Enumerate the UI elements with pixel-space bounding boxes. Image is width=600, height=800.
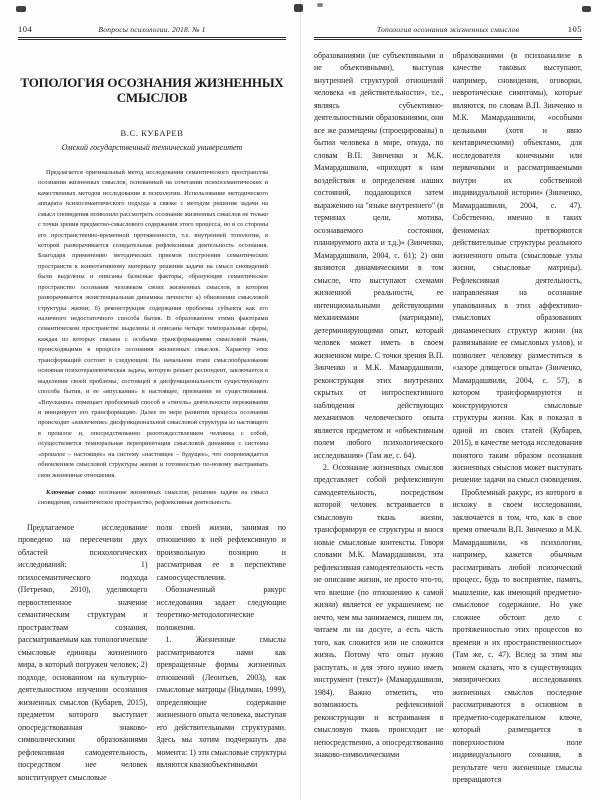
right-page-column-2: образованиями (в психоанализе в качестве… [453, 50, 583, 787]
page-left: 104 Вопросы психологии. 2018. № 1 ТОПОЛО… [0, 0, 300, 800]
page-number-right: 105 [548, 24, 582, 34]
header-rule-right [314, 37, 582, 40]
journal-spread: 104 Вопросы психологии. 2018. № 1 ТОПОЛО… [0, 0, 600, 800]
author-name: В.С. КУБАРЕВ [18, 128, 286, 138]
scan-artifact [317, 3, 323, 7]
title-block: ТОПОЛОГИЯ ОСОЗНАНИЯ ЖИЗНЕННЫХ СМЫСЛОВ В.… [18, 76, 286, 152]
keywords-label: Ключевые слова: [46, 489, 95, 496]
paragraph: Проблемный ракурс, из которого я исхожу … [453, 487, 583, 787]
scan-artifact [16, 6, 26, 12]
header-rule-left [18, 37, 286, 40]
article-title: ТОПОЛОГИЯ ОСОЗНАНИЯ ЖИЗНЕННЫХ СМЫСЛОВ [18, 76, 286, 106]
paragraph: образованиями (в психоанализе в качестве… [453, 50, 583, 487]
running-title-right: Топология осознания жизненных смыслов [348, 25, 548, 34]
paragraph: образованиями (не субъективными и не объ… [314, 50, 444, 462]
journal-issue-header: Вопросы психологии. 2018. № 1 [52, 25, 252, 34]
paragraph: Обозначенный ракурс исследования задает … [157, 584, 287, 634]
left-page-columns: Предлагаемое исследование проведено на п… [18, 522, 286, 784]
paragraph: Предлагаемое исследование проведено на п… [18, 522, 148, 784]
right-page-columns: образованиями (не субъективными и не объ… [314, 50, 582, 787]
left-page-column-1: Предлагаемое исследование проведено на п… [18, 522, 148, 784]
running-head-right: Топология осознания жизненных смыслов 10… [314, 24, 582, 34]
keywords-block: Ключевые слова: осознание жизненных смыс… [38, 488, 268, 509]
abstract: Предлагается оригинальный метод исследов… [38, 168, 268, 481]
paragraph: 2. Осознание жизненных смыслов представл… [314, 462, 444, 762]
right-page-column-1: образованиями (не субъективными и не объ… [314, 50, 444, 787]
page-seam [300, 0, 301, 800]
left-page-column-2: поля своей жизни, занимая по отношению к… [157, 522, 287, 784]
paragraph: поля своей жизни, занимая по отношению к… [157, 522, 287, 584]
author-affiliation: Омский государственный технический униве… [18, 143, 286, 152]
page-right: Топология осознания жизненных смыслов 10… [300, 0, 600, 800]
running-head-left: 104 Вопросы психологии. 2018. № 1 [18, 24, 286, 34]
scan-artifact [294, 4, 303, 12]
paragraph: 1. Жизненные смыслы рассматриваются нами… [157, 634, 287, 771]
page-number-left: 104 [18, 24, 52, 34]
scan-artifact [582, 6, 591, 12]
